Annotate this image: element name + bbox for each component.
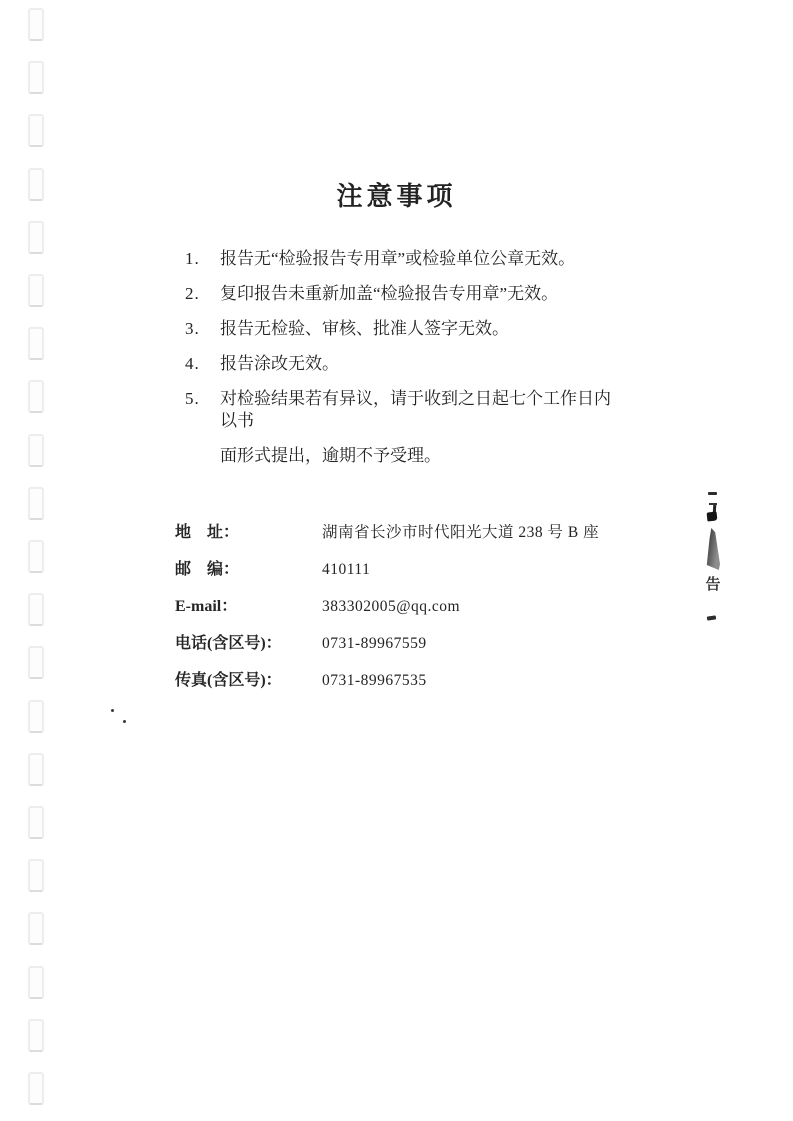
note-number: 3.: [185, 318, 220, 340]
contact-value: 湖南省长沙市时代阳光大道 238 号 B 座: [322, 522, 599, 543]
binding-hole: [28, 540, 44, 573]
binding-hole: [28, 966, 44, 999]
note-number: 4.: [185, 353, 220, 375]
binding-hole: [28, 380, 44, 413]
note-number: 2.: [185, 283, 220, 305]
contact-label: 邮 编：: [175, 559, 322, 580]
contact-row-address: 地 址： 湖南省长沙市时代阳光大道 238 号 B 座: [175, 522, 655, 543]
edge-ink-mark: [707, 512, 718, 522]
note-line: 面形式提出，逾期不予受理。: [220, 445, 625, 467]
binding-hole: [28, 1019, 44, 1052]
edge-ink-smudge: [705, 528, 720, 570]
note-text: 对检验结果若有异议，请于收到之日起七个工作日内以书 面形式提出，逾期不予受理。: [220, 388, 625, 467]
binding-hole: [28, 61, 44, 94]
binding-hole: [28, 274, 44, 307]
note-item-5: 5. 对检验结果若有异议，请于收到之日起七个工作日内以书 面形式提出，逾期不予受…: [185, 388, 625, 467]
binding-hole: [28, 593, 44, 626]
note-number: 5.: [185, 388, 220, 410]
binding-hole: [28, 912, 44, 945]
binding-hole: [28, 700, 44, 733]
binding-hole: [28, 859, 44, 892]
notes-list: 1. 报告无“检验报告专用章”或检验单位公章无效。 2. 复印报告未重新加盖“检…: [185, 248, 625, 480]
note-number: 1.: [185, 248, 220, 270]
note-item-3: 3. 报告无检验、审核、批准人签字无效。: [185, 318, 625, 340]
note-text: 报告涂改无效。: [220, 353, 339, 375]
contact-row-email: E-mail： 383302005@qq.com: [175, 596, 655, 617]
scanned-document-page: 注意事项 1. 报告无“检验报告专用章”或检验单位公章无效。 2. 复印报告未重…: [0, 0, 793, 1121]
binding-hole: [28, 114, 44, 147]
ink-speck: [123, 720, 126, 723]
note-item-2: 2. 复印报告未重新加盖“检验报告专用章”无效。: [185, 283, 625, 305]
contact-row-phone: 电话(含区号)： 0731-89967559: [175, 633, 655, 654]
binding-hole: [28, 327, 44, 360]
note-item-1: 1. 报告无“检验报告专用章”或检验单位公章无效。: [185, 248, 625, 270]
contact-value: 410111: [322, 559, 370, 580]
contact-label: E-mail：: [175, 596, 322, 617]
binding-hole: [28, 753, 44, 786]
page-title: 注意事项: [0, 176, 793, 213]
binding-hole: [28, 1072, 44, 1105]
binding-hole: [28, 646, 44, 679]
binding-hole: [28, 806, 44, 839]
note-line: 对检验结果若有异议，请于收到之日起七个工作日内以书: [220, 388, 625, 432]
contact-label: 地 址：: [175, 522, 322, 543]
binding-hole: [28, 434, 44, 467]
contact-value: 383302005@qq.com: [322, 596, 460, 617]
contact-row-postcode: 邮 编： 410111: [175, 559, 655, 580]
note-line: 报告涂改无效。: [220, 353, 339, 375]
note-line: 复印报告未重新加盖“检验报告专用章”无效。: [220, 283, 558, 305]
contact-info-block: 地 址： 湖南省长沙市时代阳光大道 238 号 B 座 邮 编： 410111 …: [175, 522, 655, 707]
binding-hole: [28, 221, 44, 254]
ink-speck: [111, 709, 114, 712]
note-line: 报告无“检验报告专用章”或检验单位公章无效。: [220, 248, 575, 270]
contact-value: 0731-89967559: [322, 633, 427, 654]
binding-hole: [28, 8, 44, 41]
edge-ink-mark: [708, 492, 717, 495]
edge-ink-mark: [707, 615, 716, 620]
note-text: 报告无检验、审核、批准人签字无效。: [220, 318, 509, 340]
note-text: 复印报告未重新加盖“检验报告专用章”无效。: [220, 283, 558, 305]
note-item-4: 4. 报告涂改无效。: [185, 353, 625, 375]
note-line: 报告无检验、审核、批准人签字无效。: [220, 318, 509, 340]
contact-row-fax: 传真(含区号)： 0731-89967535: [175, 670, 655, 691]
edge-bleed-character: 告: [704, 574, 722, 596]
note-text: 报告无“检验报告专用章”或检验单位公章无效。: [220, 248, 575, 270]
binding-hole: [28, 487, 44, 520]
contact-label: 传真(含区号)：: [175, 670, 322, 691]
contact-value: 0731-89967535: [322, 670, 427, 691]
contact-label: 电话(含区号)：: [175, 633, 322, 654]
